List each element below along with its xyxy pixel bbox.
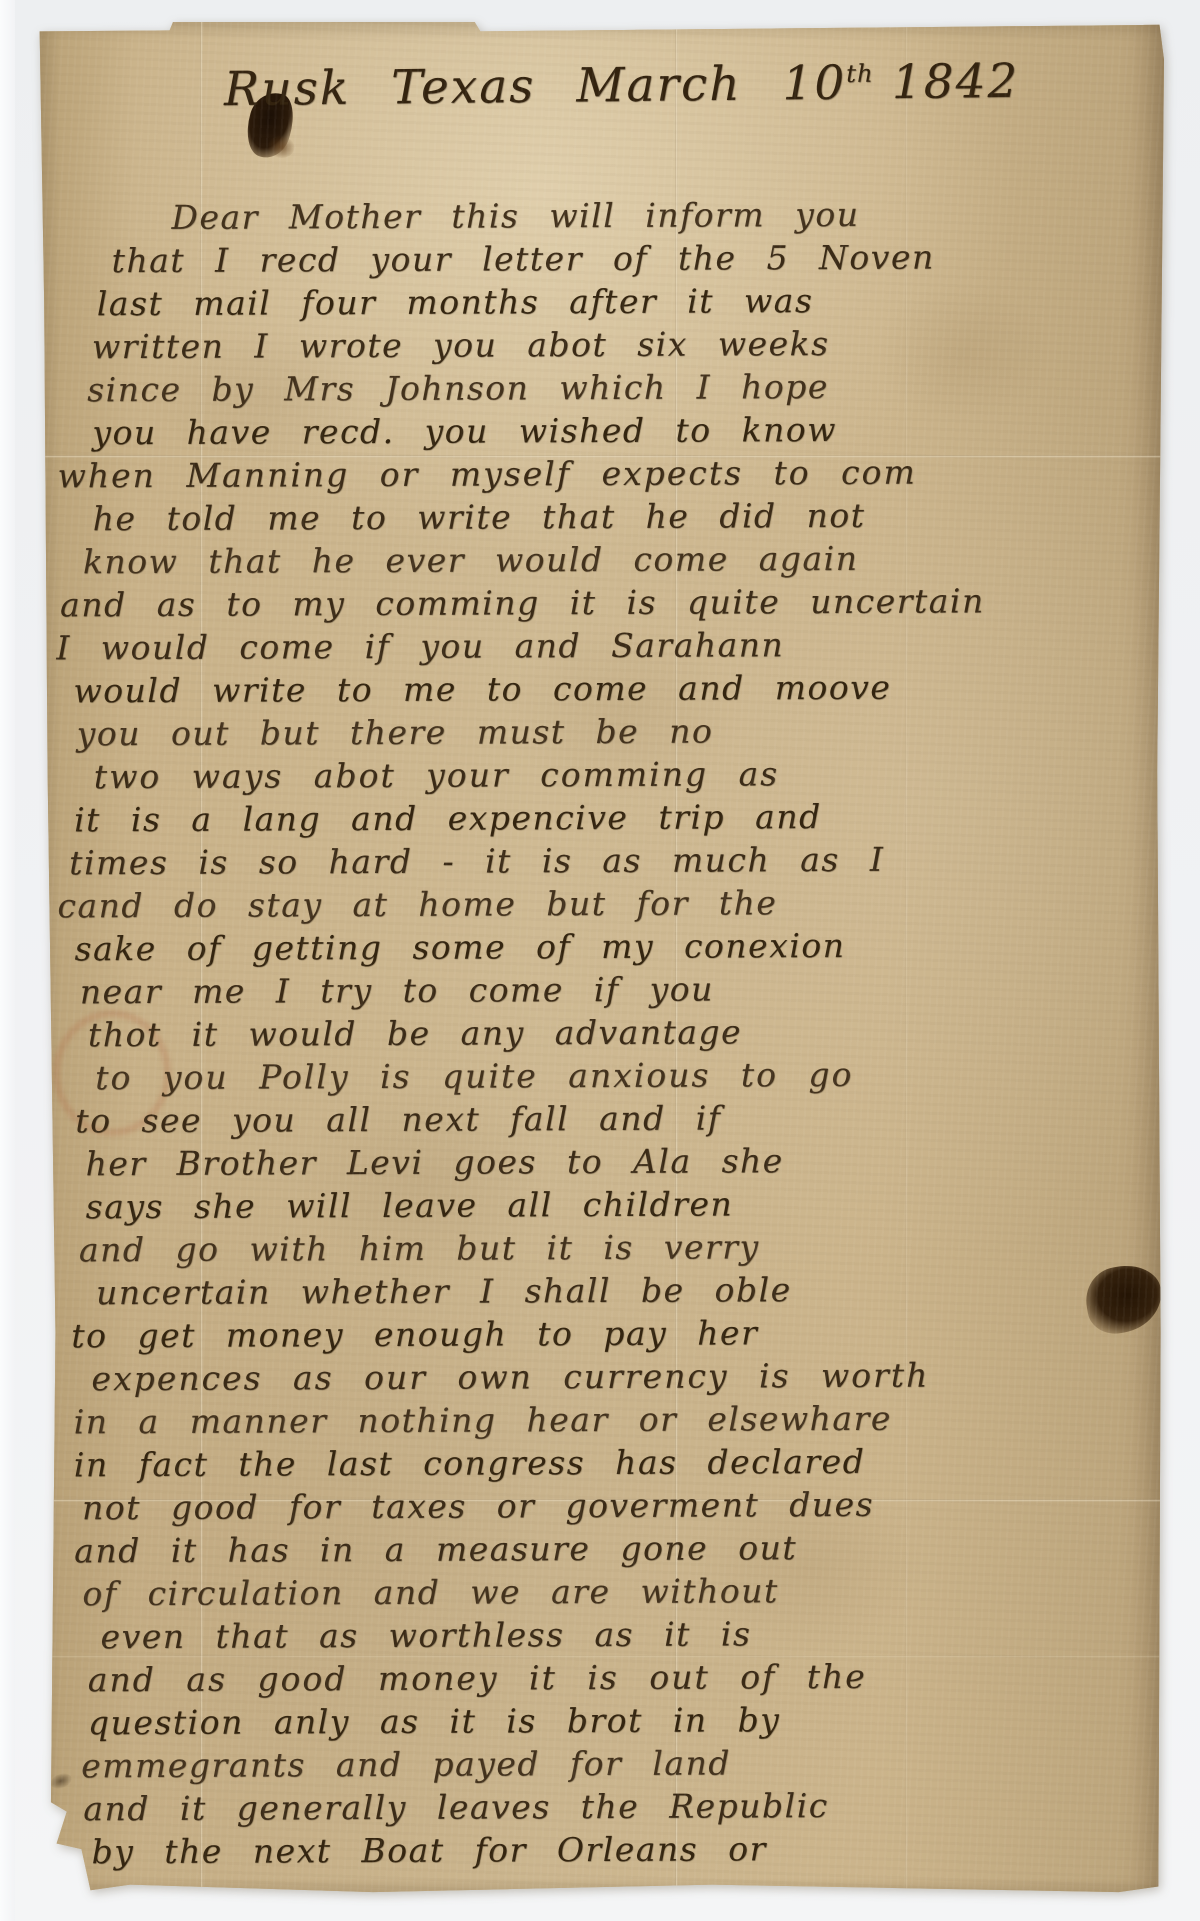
letter-line: thot it would be any advantage bbox=[88, 1009, 1144, 1057]
letter-line: cand do stay at home but for the bbox=[57, 880, 1143, 928]
edge-smudge bbox=[48, 1771, 73, 1792]
letter-line: and it generally leaves the Republic bbox=[83, 1783, 1147, 1831]
letter-line: and as good money it is out of the bbox=[88, 1654, 1147, 1702]
paper-edge-shade-top bbox=[34, 22, 1164, 40]
letter-line: to you Polly is quite anxious to go bbox=[95, 1052, 1144, 1100]
letter-page: Rusk Texas March 10th1842 Dear Mother th… bbox=[34, 22, 1164, 1894]
paper-edge-shade-left bbox=[34, 22, 60, 1894]
scanner-background: Rusk Texas March 10th1842 Dear Mother th… bbox=[0, 0, 1200, 1921]
heading-ordinal: th bbox=[846, 59, 874, 88]
letter-line: you out but there must be no bbox=[77, 708, 1143, 756]
letter-line: and it has in a measure gone out bbox=[74, 1525, 1146, 1573]
letter-line: by the next Boat for Orleans or bbox=[91, 1826, 1147, 1874]
letter-line: you have recd. you wished to know bbox=[92, 407, 1141, 455]
letter-line: would write to me to come and moove bbox=[73, 665, 1142, 713]
letter-line: I would come if you and Sarahann bbox=[56, 622, 1142, 670]
letter-line: times is so hard - it is as much as I bbox=[69, 837, 1143, 885]
letter-line: that I recd your letter of the 5 Noven bbox=[112, 235, 1141, 282]
letter-line: near me I try to come if you bbox=[80, 966, 1144, 1014]
scan-edge-strip bbox=[0, 0, 15, 1921]
letter-line: in fact the last congress has declared bbox=[74, 1439, 1146, 1487]
letter-line: he told me to write that he did not bbox=[93, 493, 1142, 541]
letter-line: her Brother Levi goes to Ala she bbox=[85, 1138, 1144, 1186]
letter-line: since by Mrs Johnson which I hope bbox=[87, 364, 1141, 412]
letter-line: know that he ever would come again bbox=[83, 536, 1142, 584]
letter-line: to see you all next fall and if bbox=[75, 1095, 1144, 1143]
letter-line: and go with him but it is verry bbox=[79, 1224, 1145, 1272]
letter-line: in a manner nothing hear or elsewhare bbox=[74, 1396, 1146, 1444]
heading-place-date: Rusk Texas March 10 bbox=[224, 56, 847, 118]
letter-line: to get money enough to pay her bbox=[71, 1310, 1145, 1358]
letter-line: uncertain whether I shall be oble bbox=[96, 1267, 1145, 1315]
paper-edge-shade-bottom bbox=[34, 1878, 1164, 1894]
letter-heading: Rusk Texas March 10th1842 bbox=[224, 54, 1020, 117]
letter-line: emmegrants and payed for land bbox=[81, 1740, 1147, 1788]
heading-year: 1842 bbox=[892, 54, 1020, 110]
letter-line: written I wrote you abot six weeks bbox=[92, 321, 1141, 369]
letter-line: of circulation and we are without bbox=[82, 1568, 1146, 1616]
letter-line: when Manning or myself expects to com bbox=[57, 450, 1141, 498]
letter-line: question anly as it is brot in by bbox=[88, 1697, 1147, 1745]
letter-line: two ways abot your comming as bbox=[94, 751, 1143, 799]
letter-line: even that as worthless as it is bbox=[101, 1611, 1147, 1659]
letter-line: and as to my comming it is quite uncerta… bbox=[60, 579, 1142, 627]
letter-line: sake of getting some of my conexion bbox=[75, 923, 1144, 971]
letter-line: expences as our own currency is worth bbox=[91, 1353, 1145, 1401]
letter-line: it is a lang and expencive trip and bbox=[74, 794, 1143, 842]
letter-line: says she will leave all children bbox=[86, 1181, 1145, 1229]
letter-line: not good for taxes or goverment dues bbox=[82, 1482, 1146, 1530]
letter-page-wrap: Rusk Texas March 10th1842 Dear Mother th… bbox=[34, 22, 1164, 1894]
letter-body: Dear Mother this will inform youthat I r… bbox=[74, 192, 1147, 1874]
letter-line: Dear Mother this will inform you bbox=[171, 192, 1140, 239]
letter-line: last mail four months after it was bbox=[97, 278, 1141, 326]
